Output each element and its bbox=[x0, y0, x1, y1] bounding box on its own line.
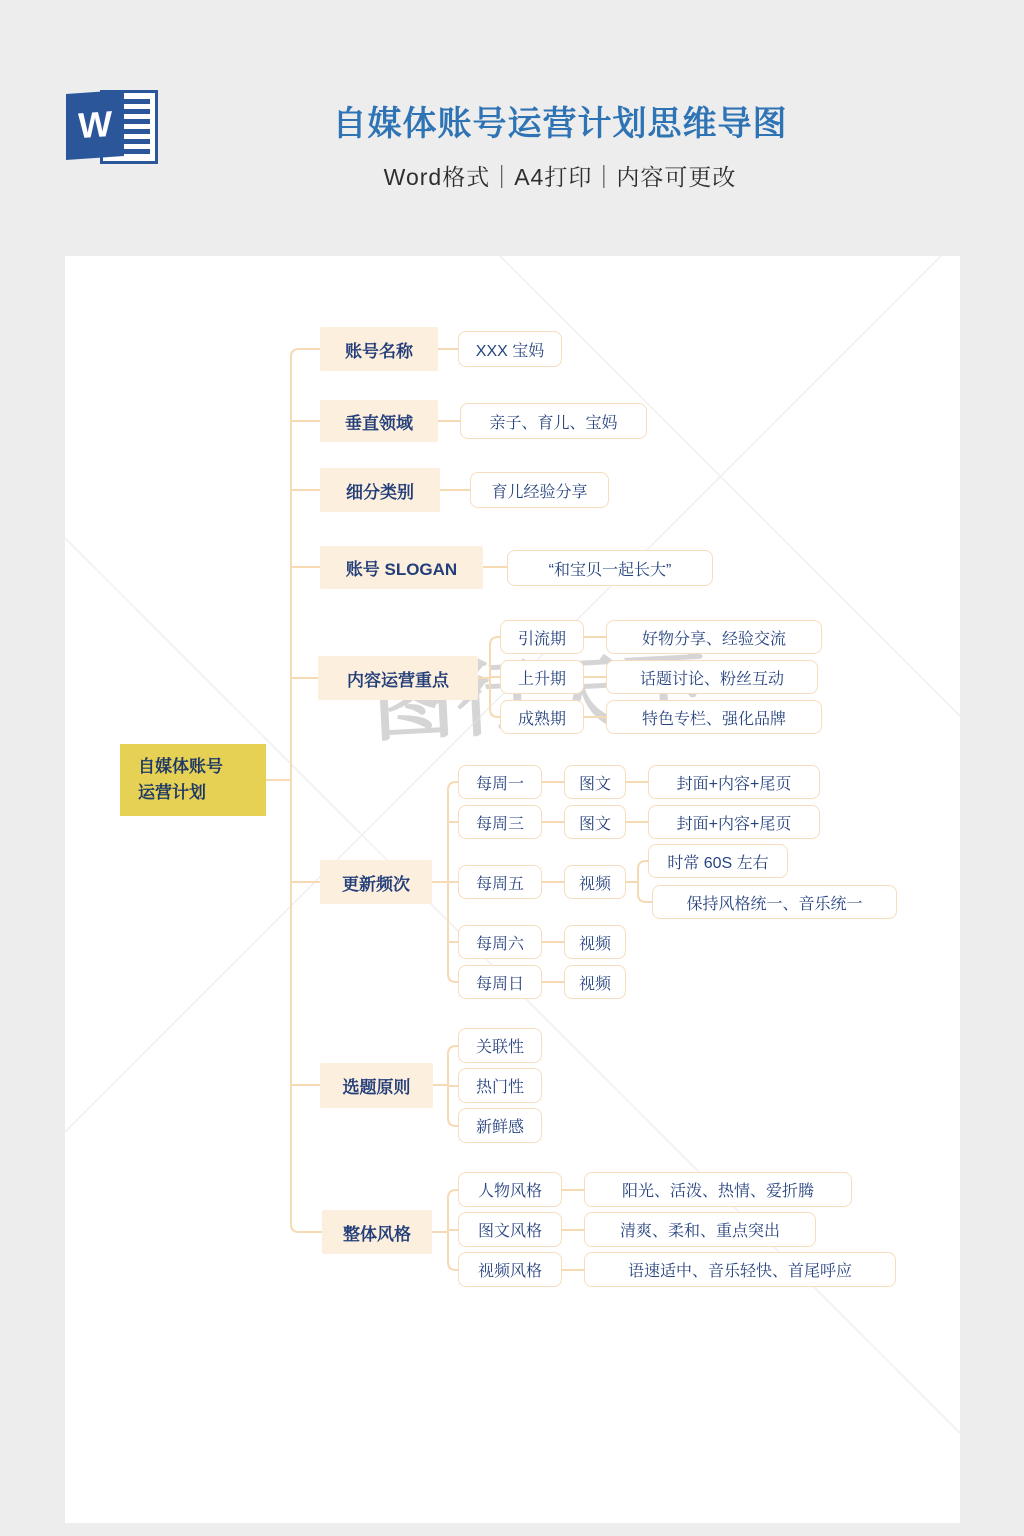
node-style-person: 人物风格 bbox=[458, 1172, 562, 1207]
node-principle-relevance: 关联性 bbox=[458, 1028, 542, 1063]
node-week-mon: 每周一 bbox=[458, 765, 542, 799]
node-principle-hot: 热门性 bbox=[458, 1068, 542, 1103]
branch-vertical-field: 垂直领域 bbox=[320, 400, 438, 442]
node-style-person-detail: 阳光、活泼、热情、爱折腾 bbox=[584, 1172, 852, 1207]
node-phase-rise: 上升期 bbox=[500, 660, 584, 694]
template-preview-page: W 自媒体账号运营计划思维导图 Word格式｜A4打印｜内容可更改 图行天下 bbox=[0, 0, 1024, 1536]
node-phase-attract-detail: 好物分享、经验交流 bbox=[606, 620, 822, 654]
node-style-video-detail: 语速适中、音乐轻快、首尾呼应 bbox=[584, 1252, 896, 1287]
node-phase-attract: 引流期 bbox=[500, 620, 584, 654]
branch-content-focus: 内容运营重点 bbox=[318, 656, 478, 700]
page-header: W 自媒体账号运营计划思维导图 Word格式｜A4打印｜内容可更改 bbox=[0, 0, 1024, 256]
node-week-sat: 每周六 bbox=[458, 925, 542, 959]
node-phase-mature-detail: 特色专栏、强化品牌 bbox=[606, 700, 822, 734]
node-week-wed: 每周三 bbox=[458, 805, 542, 839]
node-account-name-value: XXX 宝妈 bbox=[458, 331, 562, 367]
node-week-fri-format: 视频 bbox=[564, 865, 626, 899]
node-week-mon-detail: 封面+内容+尾页 bbox=[648, 765, 820, 799]
branch-topic-principles: 选题原则 bbox=[320, 1063, 433, 1108]
node-slogan-value: “和宝贝一起长大” bbox=[507, 550, 713, 586]
node-week-fri-style: 保持风格统一、音乐统一 bbox=[652, 885, 897, 919]
node-style-graphic-detail: 清爽、柔和、重点突出 bbox=[584, 1212, 816, 1247]
node-subcategory-value: 育儿经验分享 bbox=[470, 472, 609, 508]
node-week-fri: 每周五 bbox=[458, 865, 542, 899]
node-week-mon-format: 图文 bbox=[564, 765, 626, 799]
node-week-wed-format: 图文 bbox=[564, 805, 626, 839]
node-week-sat-format: 视频 bbox=[564, 925, 626, 959]
branch-overall-style: 整体风格 bbox=[322, 1210, 432, 1254]
branch-account-slogan: 账号 SLOGAN bbox=[320, 546, 483, 589]
branch-update-frequency: 更新频次 bbox=[320, 860, 432, 904]
page-title: 自媒体账号运营计划思维导图 bbox=[96, 96, 1024, 145]
node-style-graphic: 图文风格 bbox=[458, 1212, 562, 1247]
node-week-wed-detail: 封面+内容+尾页 bbox=[648, 805, 820, 839]
node-vertical-field-value: 亲子、育儿、宝妈 bbox=[460, 403, 647, 439]
node-phase-mature: 成熟期 bbox=[500, 700, 584, 734]
page-subtitle: Word格式｜A4打印｜内容可更改 bbox=[96, 159, 1024, 192]
branch-subcategory: 细分类别 bbox=[320, 468, 440, 512]
node-week-sun: 每周日 bbox=[458, 965, 542, 999]
node-principle-fresh: 新鲜感 bbox=[458, 1108, 542, 1143]
node-week-fri-duration: 时常 60S 左右 bbox=[648, 844, 788, 878]
branch-account-name: 账号名称 bbox=[320, 327, 438, 371]
node-phase-rise-detail: 话题讨论、粉丝互动 bbox=[606, 660, 818, 694]
node-style-video: 视频风格 bbox=[458, 1252, 562, 1287]
node-week-sun-format: 视频 bbox=[564, 965, 626, 999]
root-node: 自媒体账号 运营计划 bbox=[120, 744, 266, 816]
